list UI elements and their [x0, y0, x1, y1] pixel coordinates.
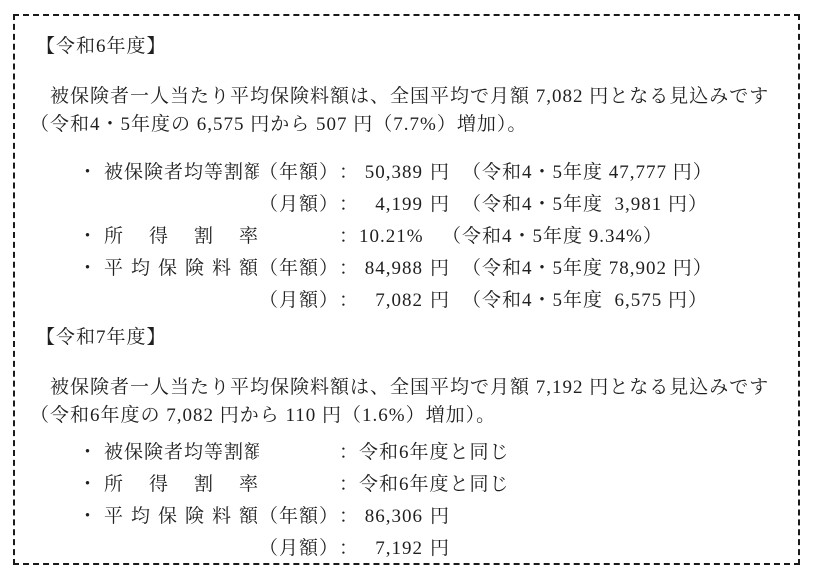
item-value: 7,082 — [359, 285, 423, 317]
section-reiwa-6: 【令和6年度】 被保険者一人当たり平均保険料額は、全国平均で月額 7,082 円… — [30, 34, 790, 317]
paragraph-line: 被保険者一人当たり平均保険料額は、全国平均で月額 7,192 円となる見込みです — [30, 374, 790, 402]
comparison-note: （令和4・5年度 6,575 円） — [462, 285, 708, 317]
item-label: 被保険者均等割額 — [104, 437, 259, 469]
item-label: 平均保険料額 — [104, 501, 259, 533]
list-item: ・被保険者均等割額（年額）：50,389円（令和4・5年度 47,777 円） — [78, 157, 790, 189]
item-value: 7,192 — [359, 533, 423, 565]
list-item: （月額）：4,199円（令和4・5年度 3,981 円） — [78, 189, 790, 221]
item-label: 被保険者均等割額 — [104, 157, 259, 189]
list-item: ・平均保険料額（年額）：84,988円（令和4・5年度 78,902 円） — [78, 253, 790, 285]
list-item: （月額）：7,082円（令和4・5年度 6,575 円） — [78, 285, 790, 317]
value-unit: 円 — [430, 285, 450, 317]
value-unit: 円 — [430, 253, 450, 285]
comparison-note: （令和4・5年度 47,777 円） — [462, 157, 713, 189]
paragraph-line: 被保険者一人当たり平均保険料額は、全国平均で月額 7,082 円となる見込みです — [30, 83, 790, 111]
item-label: 平均保険料額 — [104, 253, 259, 285]
bullet: ・ — [78, 157, 104, 189]
list-item: （月額）：7,192円 — [78, 533, 790, 565]
premium-detail-list: ・被保険者均等割額：令和6年度と同じ ・所得割率：令和6年度と同じ ・平均保険料… — [78, 437, 790, 565]
comparison-note: （令和4・5年度 78,902 円） — [462, 253, 713, 285]
item-value: 4,199 — [359, 189, 423, 221]
colon: ： — [339, 189, 359, 221]
item-qualifier: （月額） — [259, 533, 339, 565]
value-unit: 円 — [430, 501, 450, 533]
item-value: 84,988 — [359, 253, 423, 285]
comparison-note: （令和4・5年度 3,981 円） — [462, 189, 708, 221]
colon: ： — [339, 221, 359, 253]
item-qualifier: （月額） — [259, 189, 339, 221]
value-unit: 円 — [430, 533, 450, 565]
item-value: 令和6年度と同じ — [359, 437, 510, 469]
colon: ： — [339, 469, 359, 501]
comparison-note: （令和4・5年度 9.34%） — [442, 221, 663, 253]
item-qualifier: （年額） — [259, 253, 339, 285]
colon: ： — [339, 157, 359, 189]
item-value: 86,306 — [359, 501, 423, 533]
paragraph-line: （令和4・5年度の 6,575 円から 507 円（7.7%）増加）。 — [30, 111, 790, 139]
list-item: ・被保険者均等割額：令和6年度と同じ — [78, 437, 790, 469]
value-unit: 円 — [430, 157, 450, 189]
item-label: 所得割率 — [104, 221, 259, 253]
bullet: ・ — [78, 221, 104, 253]
premium-detail-list: ・被保険者均等割額（年額）：50,389円（令和4・5年度 47,777 円） … — [78, 157, 790, 317]
bullet: ・ — [78, 253, 104, 285]
item-value: 50,389 — [359, 157, 423, 189]
summary-paragraph: 被保険者一人当たり平均保険料額は、全国平均で月額 7,192 円となる見込みです… — [30, 374, 790, 430]
fiscal-year-heading: 【令和7年度】 — [36, 325, 790, 350]
bullet: ・ — [78, 437, 104, 469]
dashed-border-frame: 【令和6年度】 被保険者一人当たり平均保険料額は、全国平均で月額 7,082 円… — [13, 14, 800, 565]
bullet: ・ — [78, 469, 104, 501]
item-qualifier: （月額） — [259, 285, 339, 317]
colon: ： — [339, 285, 359, 317]
section-reiwa-7: 【令和7年度】 被保険者一人当たり平均保険料額は、全国平均で月額 7,192 円… — [30, 325, 790, 565]
value-unit: 円 — [430, 189, 450, 221]
item-value: 令和6年度と同じ — [359, 469, 510, 501]
list-item: ・平均保険料額（年額）：86,306円 — [78, 501, 790, 533]
item-qualifier: （年額） — [259, 501, 339, 533]
colon: ： — [339, 501, 359, 533]
colon: ： — [339, 253, 359, 285]
paragraph-line: （令和6年度の 7,082 円から 110 円（1.6%）増加）。 — [30, 402, 790, 430]
fiscal-year-heading: 【令和6年度】 — [36, 34, 790, 59]
item-qualifier: （年額） — [259, 157, 339, 189]
colon: ： — [339, 437, 359, 469]
item-value: 10.21% — [359, 221, 423, 253]
list-item: ・所得割率：10.21%（令和4・5年度 9.34%） — [78, 221, 790, 253]
colon: ： — [339, 533, 359, 565]
list-item: ・所得割率：令和6年度と同じ — [78, 469, 790, 501]
item-label: 所得割率 — [104, 469, 259, 501]
summary-paragraph: 被保険者一人当たり平均保険料額は、全国平均で月額 7,082 円となる見込みです… — [30, 83, 790, 139]
bullet: ・ — [78, 501, 104, 533]
